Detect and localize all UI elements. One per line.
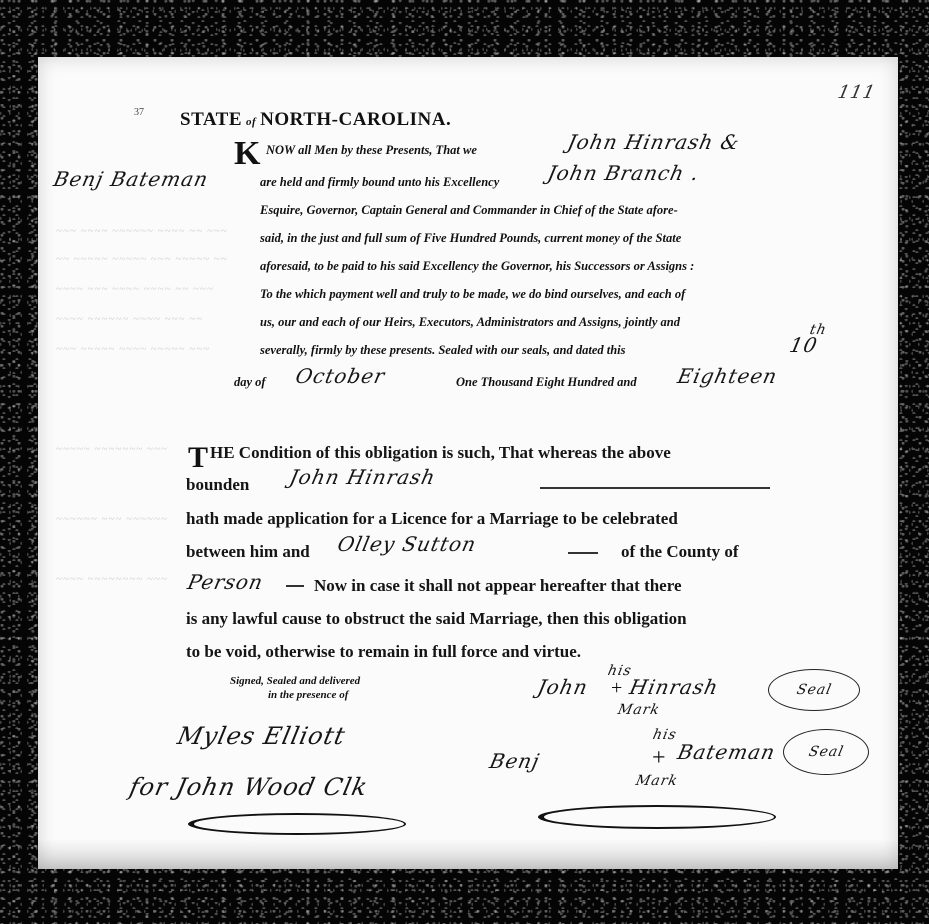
signatory-1-last-name: Hinrash bbox=[627, 675, 720, 699]
bleed-through-text: ~~ ~~~~~ ~~~~~ ~~~ ~~~~~ ~~ bbox=[56, 253, 228, 265]
condition-bride-hand: Olley Sutton bbox=[335, 532, 478, 556]
signatory-2-seal-label: Seal bbox=[807, 744, 845, 760]
attestation-line-1: Signed, Sealed and delivered bbox=[230, 675, 360, 687]
condition-line-6: is any lawful cause to obstruct the said… bbox=[186, 609, 687, 629]
bleed-through-text: ~~~ ~~~~~ ~~~~ ~~~~~ ~~~ bbox=[56, 343, 210, 355]
condition-line-3: hath made application for a Licence for … bbox=[186, 509, 678, 529]
title-state: STATE bbox=[180, 109, 242, 130]
bond-line-1-hand-principal: John Hinrash & bbox=[565, 130, 742, 154]
condition-principal-hand: John Hinrash bbox=[287, 465, 438, 489]
attestation-line-2: in the presence of bbox=[268, 689, 348, 701]
signatory-2-mark-label: Mark bbox=[634, 773, 679, 789]
dropcap-t: T bbox=[188, 445, 208, 471]
condition-line-2-bounden: bounden bbox=[186, 475, 249, 495]
bond-line-8-print: severally, firmly by these presents. Sea… bbox=[260, 343, 626, 358]
condition-line-4-county: of the County of bbox=[621, 542, 739, 562]
signatory-1-cross-mark: + bbox=[611, 677, 622, 700]
signatory-2-last-name: Bateman bbox=[675, 740, 777, 764]
signatory-2-seal: Seal bbox=[783, 729, 869, 775]
bond-line-9-year-print: One Thousand Eight Hundred and bbox=[456, 375, 637, 390]
signatory-1-mark-label: Mark bbox=[616, 702, 661, 718]
paper-edge-smudge bbox=[38, 839, 898, 869]
bond-line-2-hand-governor: John Branch . bbox=[545, 161, 701, 185]
bleed-through-text: ~~~~ ~~~ ~~~~ ~~~~ ~~ ~~~ bbox=[56, 283, 214, 295]
bond-line-9-day-of: day of bbox=[234, 375, 266, 390]
fill-line bbox=[286, 585, 304, 587]
fill-line bbox=[568, 552, 598, 554]
bond-line-4: said, in the just and full sum of Five H… bbox=[260, 231, 681, 246]
signatory-1-seal-label: Seal bbox=[795, 682, 833, 698]
bond-line-2-hand-surety: Benj Bateman bbox=[51, 167, 210, 191]
bond-line-7: us, our and each of our Heirs, Executors… bbox=[260, 315, 680, 330]
signatory-2-first-name: Benj bbox=[487, 749, 542, 773]
bleed-through-text: ~~~~~~ ~~~ ~~~~~~ bbox=[56, 513, 168, 525]
condition-line-7: to be void, otherwise to remain in full … bbox=[186, 642, 581, 662]
bleed-through-text: ~~~~ ~~~~~~ ~~~~ ~~~ ~~ bbox=[56, 313, 203, 325]
bond-line-1-print: NOW all Men by these Presents, That we bbox=[266, 143, 477, 158]
condition-county-hand: Person bbox=[185, 570, 265, 594]
signatory-1-first-name: John bbox=[535, 675, 590, 699]
condition-line-5: Now in case it shall not appear hereafte… bbox=[314, 576, 682, 596]
document-title: STATEofNORTH-CAROLINA. bbox=[180, 109, 451, 131]
bond-line-2-print: are held and firmly bound unto his Excel… bbox=[260, 175, 499, 190]
bleed-through-text: ~~~~ ~~~~~~~~ ~~~ bbox=[56, 573, 168, 585]
bond-line-6: To the which payment well and truly to b… bbox=[260, 287, 685, 302]
fill-line bbox=[540, 487, 770, 489]
bleed-through-text: ~~~ ~~~~ ~~~~~~ ~~~~ ~~ ~~~ bbox=[56, 225, 228, 237]
bond-month-hand: October bbox=[293, 364, 387, 388]
document-page: ~~~ ~~~~ ~~~~~~ ~~~~ ~~ ~~~ ~~ ~~~~~ ~~~… bbox=[38, 57, 898, 869]
bleed-through-text: ~~~~~ ~~~~~~~ ~~~ bbox=[56, 443, 168, 455]
title-of: of bbox=[246, 116, 256, 128]
signatory-2-his: his bbox=[651, 727, 678, 743]
signatory-2-cross-mark: + bbox=[652, 745, 666, 772]
title-main: NORTH-CAROLINA. bbox=[260, 109, 451, 130]
signatory-flourish bbox=[538, 805, 776, 829]
margin-number: 37 bbox=[134, 107, 144, 118]
page-number-mark: 111 bbox=[836, 82, 878, 103]
witness-signature-line-2: for John Wood Clk bbox=[127, 773, 371, 801]
bond-year-hand: Eighteen bbox=[675, 364, 779, 388]
bond-day-suffix-hand: th bbox=[808, 322, 828, 338]
witness-signature-line-1: Myles Elliott bbox=[175, 722, 348, 750]
dropcap-k: K bbox=[234, 139, 260, 169]
bond-line-5: aforesaid, to be paid to his said Excell… bbox=[260, 259, 694, 274]
signatory-1-seal: Seal bbox=[768, 669, 860, 711]
condition-line-1: HE Condition of this obligation is such,… bbox=[210, 443, 671, 463]
bond-line-3: Esquire, Governor, Captain General and C… bbox=[260, 203, 678, 218]
clerk-flourish bbox=[188, 813, 406, 835]
condition-line-4-between: between him and bbox=[186, 542, 310, 562]
